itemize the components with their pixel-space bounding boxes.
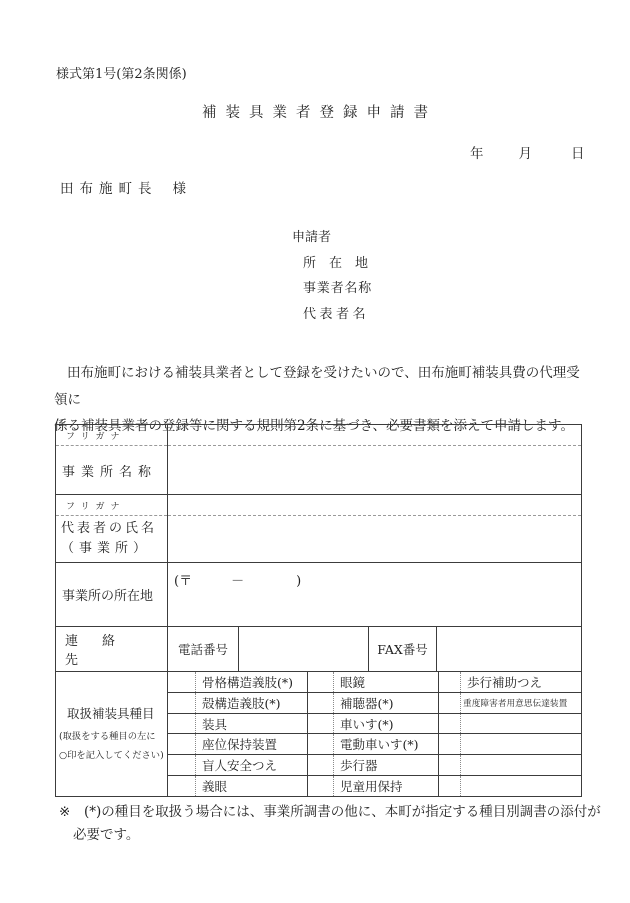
device-grid-row: 装具 車いす(*) bbox=[168, 714, 581, 735]
circle-mark-cell bbox=[439, 714, 461, 734]
applicant-heading: 申請者 bbox=[292, 225, 381, 251]
phone-number-write-area bbox=[239, 627, 369, 671]
device-item-label bbox=[461, 755, 581, 775]
device-item-label: 眼鏡 bbox=[334, 672, 439, 692]
device-item-label: 骨格構造義肢(*) bbox=[196, 672, 308, 692]
application-form-document: 様式第1号(第2条関係) 補装具業者登録申請書 年月日 田布施町長様 申請者 所… bbox=[0, 0, 630, 903]
registration-form-table: フリガナ 事業所名称 フリガナ 代表者の氏名 （事業所） bbox=[55, 424, 582, 797]
device-item-label: 車いす(*) bbox=[334, 714, 439, 734]
device-categories-row: 取扱補装具種目 (取扱をする種目の左に ○印を記入してください) 骨格構造義肢(… bbox=[56, 672, 581, 796]
office-name-label: 事業所名称 bbox=[56, 446, 167, 494]
footnote-line-2: 必要です。 bbox=[59, 824, 601, 847]
date-line: 年月日 bbox=[470, 142, 585, 162]
device-grid-row: 義眼 児童用保持 bbox=[168, 776, 581, 796]
office-name-header-cell: フリガナ 事業所名称 bbox=[56, 425, 168, 494]
device-grid-row: 骨格構造義肢(*) 眼鏡 歩行補助つえ bbox=[168, 672, 581, 693]
representative-row: フリガナ 代表者の氏名 （事業所） bbox=[56, 495, 581, 563]
postal-code-template: (〒 － ) bbox=[168, 563, 581, 589]
office-name-furigana-area bbox=[168, 425, 581, 446]
device-grid-row: 座位保持装置 電動車いす(*) bbox=[168, 734, 581, 755]
circle-mark-cell bbox=[439, 734, 461, 754]
device-item-label: 補聴器(*) bbox=[334, 693, 439, 713]
device-grid-row: 盲人安全つえ 歩行器 bbox=[168, 755, 581, 776]
year-label: 年 bbox=[470, 146, 484, 162]
form-number: 様式第1号(第2条関係) bbox=[56, 63, 187, 82]
representative-value-cell bbox=[168, 495, 581, 562]
device-grid-row: 殻構造義肢(*) 補聴器(*) 重度障害者用意思伝達装置 bbox=[168, 693, 581, 714]
contact-row: 連絡先 電話番号 FAX番号 bbox=[56, 627, 581, 672]
furigana-label: フリガナ bbox=[56, 495, 167, 516]
document-title: 補装具業者登録申請書 bbox=[0, 101, 630, 122]
device-item-label: 児童用保持 bbox=[334, 776, 439, 796]
footnote: ※ (*)の種目を取扱う場合には、事業所調書の他に、本町が指定する種目別調書の添… bbox=[59, 801, 601, 847]
device-item-label: 殻構造義肢(*) bbox=[196, 693, 308, 713]
device-item-label: 義眼 bbox=[196, 776, 308, 796]
applicant-address-label: 所在地 bbox=[303, 251, 381, 277]
addressee-line: 田布施町長様 bbox=[60, 177, 186, 197]
representative-write-area bbox=[168, 516, 581, 562]
device-categories-label: 取扱補装具種目 bbox=[67, 704, 155, 722]
device-item-label: 重度障害者用意思伝達装置 bbox=[461, 693, 581, 713]
circle-mark-cell bbox=[439, 776, 461, 796]
applicant-representative-label: 代表者名 bbox=[303, 302, 381, 328]
addressee-name: 田布施町長 bbox=[60, 181, 158, 197]
address-row: 事業所の所在地 (〒 － ) bbox=[56, 563, 581, 627]
fax-number-label: FAX番号 bbox=[369, 627, 437, 671]
circle-mark-cell bbox=[308, 776, 334, 796]
representative-label-line1: 代表者の氏名 bbox=[61, 519, 167, 539]
representative-label: 代表者の氏名 （事業所） bbox=[56, 516, 167, 562]
addressee-honorific: 様 bbox=[173, 181, 187, 197]
contact-label: 連絡先 bbox=[56, 627, 168, 671]
applicant-business-name-label: 事業者名称 bbox=[303, 276, 381, 302]
device-item-label bbox=[461, 714, 581, 734]
office-name-write-area bbox=[168, 446, 581, 494]
circle-mark-cell bbox=[168, 776, 196, 796]
office-name-row: フリガナ 事業所名称 bbox=[56, 425, 581, 495]
device-categories-header-cell: 取扱補装具種目 (取扱をする種目の左に ○印を記入してください) bbox=[56, 672, 168, 796]
device-item-label: 装具 bbox=[196, 714, 308, 734]
circle-mark-cell bbox=[439, 755, 461, 775]
device-item-label: 歩行器 bbox=[334, 755, 439, 775]
phone-number-label: 電話番号 bbox=[168, 627, 239, 671]
circle-mark-cell bbox=[168, 755, 196, 775]
device-categories-note-line1: (取扱をする種目の左に bbox=[59, 727, 156, 746]
footnote-line-1: (*)の種目を取扱う場合には、事業所調書の他に、本町が指定する種目別調書の添付が bbox=[84, 801, 601, 824]
circle-mark-cell bbox=[308, 693, 334, 713]
representative-label-line2: （事業所） bbox=[61, 539, 167, 559]
circle-mark-cell bbox=[439, 693, 461, 713]
device-item-label: 電動車いす(*) bbox=[334, 734, 439, 754]
device-item-label: 座位保持装置 bbox=[196, 734, 308, 754]
circle-mark-cell bbox=[439, 672, 461, 692]
device-categories-note-line2: ○印を記入してください) bbox=[59, 746, 164, 765]
circle-mark-cell bbox=[168, 714, 196, 734]
representative-header-cell: フリガナ 代表者の氏名 （事業所） bbox=[56, 495, 168, 562]
furigana-label: フリガナ bbox=[56, 425, 167, 446]
applicant-block: 申請者 所在地 事業者名称 代表者名 bbox=[292, 225, 381, 327]
device-item-label: 歩行補助つえ bbox=[461, 672, 581, 692]
circle-mark-cell bbox=[168, 734, 196, 754]
device-item-label bbox=[461, 734, 581, 754]
address-write-area bbox=[168, 589, 581, 626]
office-name-value-cell bbox=[168, 425, 581, 494]
statement-line-1: 田布施町における補装具業者として登録を受けたいので、田布施町補装具費の代理受領に bbox=[54, 360, 588, 413]
address-value-cell: (〒 － ) bbox=[168, 563, 581, 626]
device-categories-grid: 骨格構造義肢(*) 眼鏡 歩行補助つえ 殻構造義肢(*) 補聴器(*) 重度障害… bbox=[168, 672, 581, 796]
circle-mark-cell bbox=[308, 755, 334, 775]
representative-furigana-area bbox=[168, 495, 581, 516]
circle-mark-cell bbox=[308, 672, 334, 692]
circle-mark-cell bbox=[308, 714, 334, 734]
fax-number-write-area bbox=[437, 627, 581, 671]
device-item-label bbox=[461, 776, 581, 796]
month-label: 月 bbox=[519, 146, 533, 162]
circle-mark-cell bbox=[168, 693, 196, 713]
footnote-marker: ※ bbox=[59, 801, 84, 824]
address-label: 事業所の所在地 bbox=[56, 563, 168, 626]
device-item-label: 盲人安全つえ bbox=[196, 755, 308, 775]
circle-mark-cell bbox=[168, 672, 196, 692]
day-label: 日 bbox=[571, 146, 585, 162]
circle-mark-cell bbox=[308, 734, 334, 754]
